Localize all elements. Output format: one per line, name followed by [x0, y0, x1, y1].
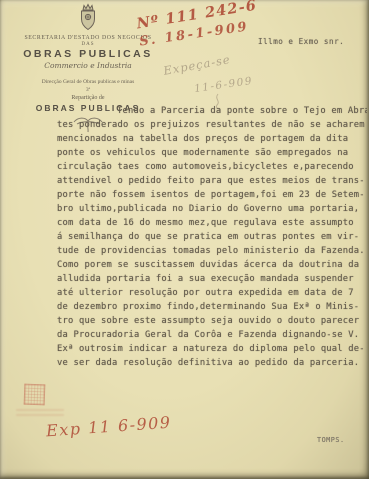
body-line: Tendo a Parceria da ponte sobre o Tejo e…	[57, 104, 367, 118]
dispatch-note-handwriting: Expeça-se	[162, 52, 231, 78]
archive-stamp-icon	[24, 384, 46, 406]
body-line: com data de 16 do mesmo mez,que regulava…	[57, 216, 367, 230]
body-line: á semilhança do que se pratica em outras…	[57, 230, 367, 244]
body-line: tro que sobre este assumpto seja ouvido …	[57, 314, 367, 328]
body-line: Como porem se suscitassem duvidas ácerca…	[57, 258, 367, 272]
letterhead-direccao: Direcção Geral de Obras publicas e minas	[14, 79, 162, 85]
scanned-letter: SECRETARIA D'ESTADO DOS NEGOCIOS DAS OBR…	[0, 0, 369, 479]
typist-initials: TOMPS.	[317, 436, 345, 444]
bottom-dispatch-handwriting: Exp 11 6-909	[45, 413, 172, 441]
body-line: de dezembro proximo findo,determinando S…	[57, 300, 367, 314]
body-line: Exª outrosim indicar a natureza do diplo…	[57, 342, 367, 356]
letterhead-obras-publicas: OBRAS PUBLICAS	[14, 48, 162, 60]
letterhead-commercio: Commercio e Industria	[14, 61, 162, 70]
body-line: até ulterior resolução por outra expedid…	[57, 286, 367, 300]
body-line: alludida portaria foi a sua execução man…	[57, 272, 367, 286]
coat-of-arms-icon	[75, 3, 101, 32]
letterhead-divisao: 3ª	[14, 87, 162, 93]
body-line: porte não fossem isentos de portagem,foi…	[57, 188, 367, 202]
body-line: mencionados na tabella dos preços de por…	[57, 132, 367, 146]
body-line: tude de providencias tomadas pelo minist…	[57, 244, 367, 258]
salutation: Illmo e Exmo snr.	[258, 37, 344, 46]
body-line: bro ultimo,publicada no Diario do Govern…	[57, 202, 367, 216]
body-line: da Procuradoria Geral da Corôa e Fazenda…	[57, 328, 367, 342]
body-line: attendivel o pedido feito para que estes…	[57, 174, 367, 188]
body-line: tes ponderado os prejuizos resultantes d…	[57, 118, 367, 132]
archive-stamp-caption-marks	[16, 409, 64, 419]
body-line: ve ser dada resolução definitiva ao pedi…	[57, 356, 367, 370]
body-line: ponte os vehiculos que modernamente são …	[57, 146, 367, 160]
body-line: circulação taes como automoveis,bicyclet…	[57, 160, 367, 174]
letter-body: Tendo a Parceria da ponte sobre o Tejo e…	[57, 104, 367, 370]
letterhead-reparticao: Repartição de	[14, 95, 162, 101]
